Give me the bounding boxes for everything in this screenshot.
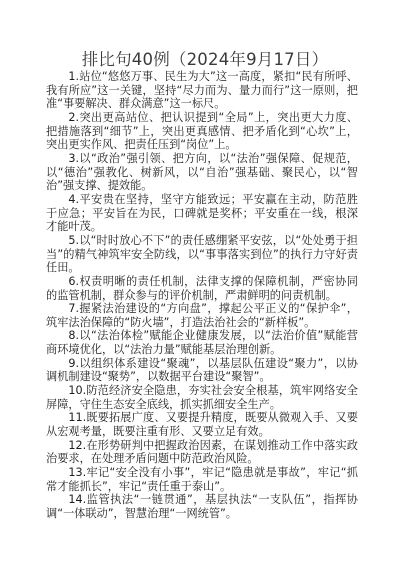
paragraph-14: 14.监管执法“一链贯通”，基层执法“一支队伍”，指挥协调“一体联动”，智慧治理…: [46, 493, 358, 520]
document-page: 排比句40例（2024年9月17日） 1.站位“悠悠万事、民生为大”这一高度，紧…: [0, 0, 410, 580]
document-title: 排比句40例（2024年9月17日）: [0, 50, 410, 70]
paragraph-7: 7.握紧法治建设的“方向盘”，撑起公平正义的“保护伞”，筑牢法治保障的“防火墙”…: [46, 302, 358, 329]
paragraph-8: 8.以“法治体检”赋能企业健康发展，以“法治价值”赋能营商环境优化，以“法治力量…: [46, 329, 358, 356]
paragraph-1: 1.站位“悠悠万事、民生为大”这一高度，紧扣“民有所呼、我有所应”这一关键，坚持…: [46, 70, 358, 111]
paragraph-5: 5.以“时时放心不下”的责任感绷紧平安弦，以“处处勇于担当”的精气神筑牢安全防线…: [46, 234, 358, 275]
paragraph-10: 10.防范经济安全隐患，夯实社会安全根基，筑牢网络安全屏障，守住生态安全底线，抓…: [46, 384, 358, 411]
paragraph-6: 6.权责明晰的责任机制，法律支撑的保障机制，严密协同的监管机制，群众参与的评价机…: [46, 275, 358, 302]
paragraph-12: 12.在形势研判中把握政治因素，在谋划推动工作中落实政治要求，在处理矛盾问题中防…: [46, 439, 358, 466]
document-body: 1.站位“悠悠万事、民生为大”这一高度，紧扣“民有所呼、我有所应”这一关键，坚持…: [46, 70, 358, 521]
paragraph-13: 13.牢记“安全没有小事”，牢记“隐患就是事故”，牢记“抓常才能抓长”，牢记“责…: [46, 466, 358, 493]
paragraph-4: 4.平安贵在坚持，坚守方能致远；平安赢在主动，防范胜于应急；平安旨在为民，口碑就…: [46, 193, 358, 234]
paragraph-9: 9.以组织体系建设“聚魂”，以基层队伍建设“聚力”，以协调机制建设“聚势”，以数…: [46, 357, 358, 384]
paragraph-11: 11.既要拓展广度、又要提升精度，既要从微观入手、又要从宏观考量，既要注重有形、…: [46, 411, 358, 438]
paragraph-3: 3.以“政治”强引领、把方向，以“法治”强保障、促规范，以“德治”强教化、树新风…: [46, 152, 358, 193]
paragraph-2: 2.突出更高站位、把认识提到“全局”上，突出更大力度、把措施落到“细节”上，突出…: [46, 111, 358, 152]
